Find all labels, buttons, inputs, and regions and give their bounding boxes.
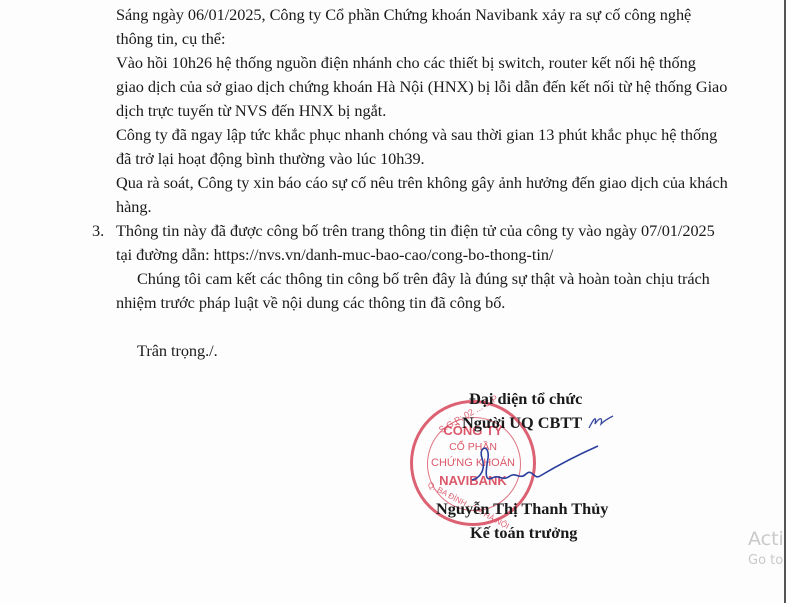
item3-line2-url: tại đường dẫn: https://nvs.vn/danh-muc-b… [116, 245, 553, 265]
signature-scribble-icon [470, 440, 600, 500]
activation-watermark-title: Activ [748, 528, 788, 550]
signatory-title: Kế toán trưởng [470, 523, 577, 543]
signatory-name: Nguyễn Thị Thanh Thủy [436, 499, 608, 519]
list-number: 3. [92, 221, 104, 241]
commitment-line2: nhiệm trước pháp luật về nội dung các th… [116, 293, 505, 313]
body-line: Qua rà soát, Công ty xin báo cáo sự cố n… [116, 173, 728, 193]
body-line: hàng. [116, 197, 151, 217]
body-line: giao dịch của sở giao dịch chứng khoán H… [116, 77, 727, 97]
body-line: Sáng ngày 06/01/2025, Công ty Cổ phần Ch… [116, 5, 691, 25]
initial-mark-icon [585, 410, 615, 432]
body-line: dịch trực tuyến từ NVS đến HNX bị ngắt. [116, 101, 386, 121]
body-line: thông tin, cụ thể: [116, 29, 225, 49]
commitment-line1: Chúng tôi cam kết các thông tin công bố … [137, 269, 710, 289]
body-line: Vào hồi 10h26 hệ thống nguồn điện nhánh … [116, 53, 696, 73]
item3-line1: Thông tin này đã được công bố trên trang… [116, 221, 715, 241]
closing: Trân trọng./. [137, 341, 218, 361]
signature-role: Người UQ CBTT [462, 413, 582, 433]
body-line: Công ty đã ngay lập tức khắc phục nhanh … [116, 125, 717, 145]
signature-represent: Đại diện tổ chức [469, 389, 582, 409]
document-page: Sáng ngày 06/01/2025, Công ty Cổ phần Ch… [0, 0, 784, 603]
activation-watermark-subtitle: Go to [748, 553, 783, 568]
body-line: đã trở lại hoạt động bình thường vào lúc… [116, 149, 425, 169]
